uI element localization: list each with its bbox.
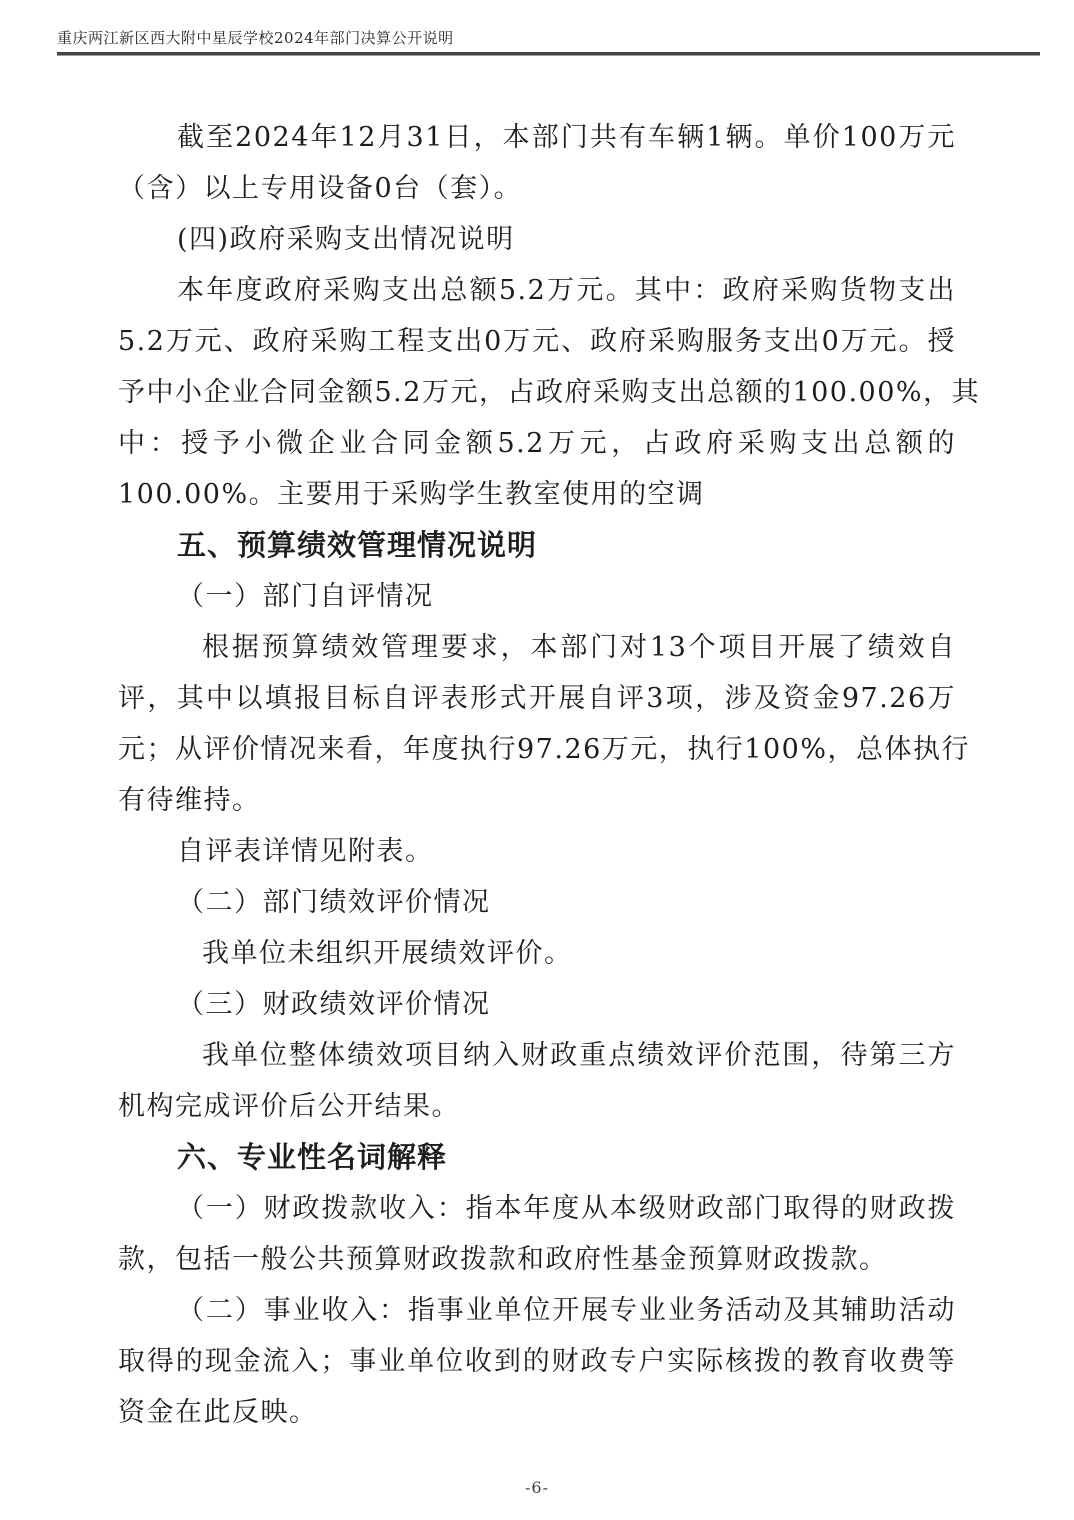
text-line: 我单位未组织开展绩效评价。 [118, 928, 956, 979]
text-line: 5.2万元、政府采购工程支出0万元、政府采购服务支出0万元。授 [118, 316, 956, 367]
text-line: 评，其中以填报目标自评表形式开展自评3项，涉及资金97.26万 [118, 673, 956, 724]
text-line: 款，包括一般公共预算财政拨款和政府性基金预算财政拨款。 [118, 1234, 956, 1285]
text-line: 根据预算绩效管理要求，本部门对13个项目开展了绩效自 [118, 622, 956, 673]
text-line: 元；从评价情况来看，年度执行97.26万元，执行100%，总体执行 [118, 724, 956, 775]
text-line: 我单位整体绩效项目纳入财政重点绩效评价范围，待第三方 [118, 1030, 956, 1081]
page-number: -6- [0, 1478, 1074, 1497]
text-line: （二）事业收入：指事业单位开展专业业务活动及其辅助活动 [118, 1285, 956, 1336]
text-line: 截至2024年12月31日，本部门共有车辆1辆。单价100万元 [118, 112, 956, 163]
subheading-self-evaluation: （一）部门自评情况 [118, 571, 956, 622]
subheading-fiscal-performance-evaluation: （三）财政绩效评价情况 [118, 979, 956, 1030]
text-line: （含）以上专用设备0台（套）。 [118, 163, 956, 214]
document-page: 重庆两江新区西大附中星辰学校2024年部门决算公开说明 截至2024年12月31… [0, 0, 1074, 1520]
text-line: 中：授予小微企业合同金额5.2万元，占政府采购支出总额的 [118, 418, 956, 469]
text-line: （一）财政拨款收入：指本年度从本级财政部门取得的财政拨 [118, 1183, 956, 1234]
document-header: 重庆两江新区西大附中星辰学校2024年部门决算公开说明 [57, 28, 1040, 48]
subheading-dept-performance-evaluation: （二）部门绩效评价情况 [118, 877, 956, 928]
text-line: 取得的现金流入；事业单位收到的财政专户实际核拨的教育收费等 [118, 1336, 956, 1387]
section-heading-budget-performance: 五、预算绩效管理情况说明 [118, 520, 956, 571]
header-document-title: 重庆两江新区西大附中星辰学校2024年部门决算公开说明 [57, 28, 1040, 48]
text-line: 予中小企业合同金额5.2万元，占政府采购支出总额的100.00%，其 [118, 367, 956, 418]
text-line: 有待维持。 [118, 775, 956, 826]
text-line: 100.00%。主要用于采购学生教室使用的空调 [118, 469, 956, 520]
text-line: 机构完成评价后公开结果。 [118, 1081, 956, 1132]
text-line: 资金在此反映。 [118, 1387, 956, 1438]
text-line: 本年度政府采购支出总额5.2万元。其中：政府采购货物支出 [118, 265, 956, 316]
header-rule [57, 52, 1040, 56]
section-heading-terminology: 六、专业性名词解释 [118, 1132, 956, 1183]
text-line: 自评表详情见附表。 [118, 826, 956, 877]
document-body: 截至2024年12月31日，本部门共有车辆1辆。单价100万元 （含）以上专用设… [118, 112, 956, 1438]
subheading-gov-procurement: (四)政府采购支出情况说明 [118, 214, 956, 265]
